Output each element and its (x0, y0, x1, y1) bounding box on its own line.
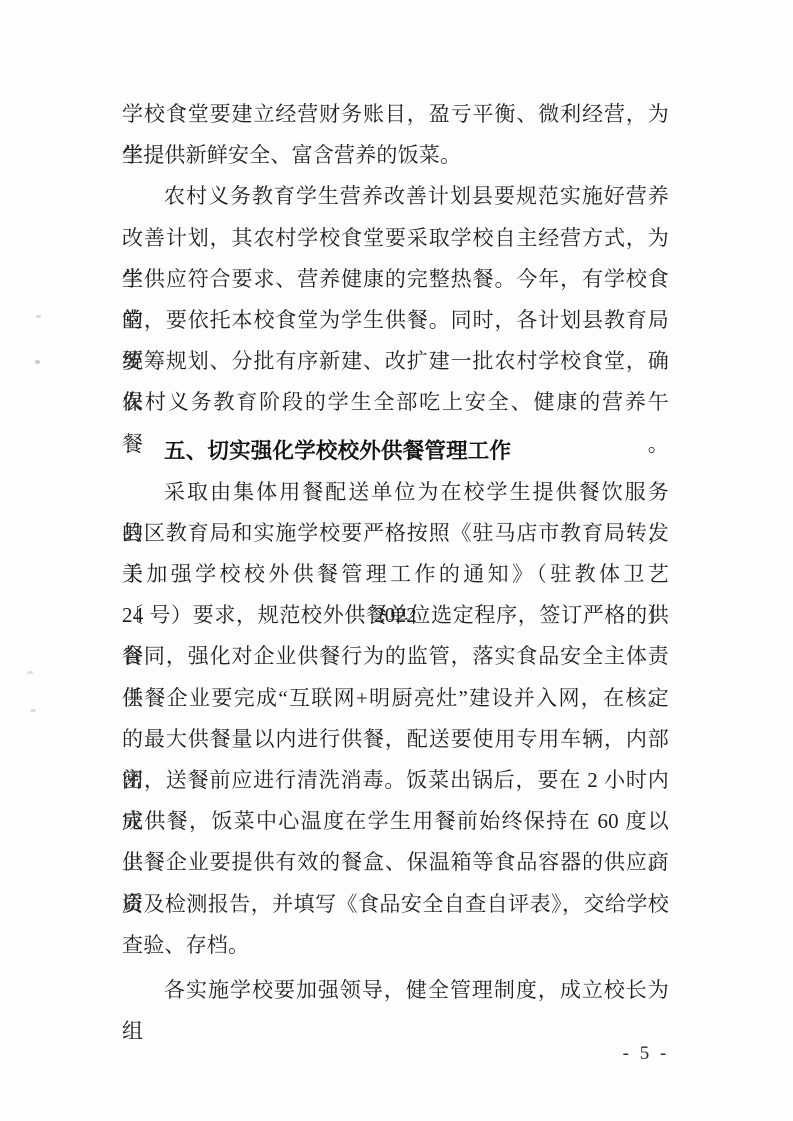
text-line: 供餐企业要完成“互联网+明厨亮灶”建设并入网，在核定 (122, 678, 669, 719)
text-line: 质及检测报告，并填写《食品安全自查自评表》，交给学校 (122, 884, 669, 925)
text-line: 农村义务教育学生营养改善计划县要规范实施好营养 (122, 176, 669, 217)
text-line: 查验、存档。 (122, 925, 669, 966)
text-line: 县区教育局和实施学校要严格按照《驻马店市教育局转发关 (122, 513, 669, 554)
text-line: 学校食堂要建立经营财务账目，盈亏平衡、微利经营，为学 (122, 94, 669, 135)
text-line: 农村义务教育阶段的学生全部吃上安全、健康的营养午餐。 (122, 382, 669, 423)
text-line: 改善计划，其农村学校食堂要采取学校自主经营方式，为学 (122, 218, 669, 259)
text-line: 成供餐，饭菜中心温度在学生用餐前始终保持在 60 度以上。 (122, 801, 669, 842)
text-line: 闭，送餐前应进行清洗消毒。饭菜出锅后，要在 2 小时内完 (122, 760, 669, 801)
scan-speck (36, 315, 41, 318)
text-line: 的，要依托本校食堂为学生供餐。同时，各计划县教育局要 (122, 300, 669, 341)
document-page: 学校食堂要建立经营财务账目，盈亏平衡、微利经营，为学 生提供新鲜安全、富含营养的… (0, 0, 793, 1121)
scan-speck (27, 671, 33, 674)
page-number: - 5 - (600, 1042, 692, 1066)
text-line: 统筹规划、分批有序新建、改扩建一批农村学校食堂，确保 (122, 341, 669, 382)
text-line: 于加强学校校外供餐管理工作的通知》（驻教体卫艺〔2022〕 (122, 554, 669, 595)
scan-speck (35, 360, 40, 364)
document-body: 学校食堂要建立经营财务账目，盈亏平衡、微利经营，为学 生提供新鲜安全、富含营养的… (122, 94, 669, 1011)
text-line: 的最大供餐量以内进行供餐，配送要使用专用车辆，内部密 (122, 719, 669, 760)
text-line: 各实施学校要加强领导，健全管理制度，成立校长为组 (122, 970, 669, 1011)
text-line: 采取由集体用餐配送单位为在校学生提供餐饮服务的， (122, 472, 669, 513)
text-line: 生提供新鲜安全、富含营养的饭菜。 (122, 135, 669, 176)
text-line: 合同，强化对企业供餐行为的监管，落实食品安全主体责任。 (122, 636, 669, 677)
scan-speck (30, 709, 36, 712)
text-line: 24 号）要求，规范校外供餐单位选定程序，签订严格的供餐 (122, 595, 669, 636)
text-line: 生供应符合要求、营养健康的完整热餐。今年，有学校食堂 (122, 259, 669, 300)
text-line: 供餐企业要提供有效的餐盒、保温箱等食品容器的供应商资 (122, 842, 669, 883)
